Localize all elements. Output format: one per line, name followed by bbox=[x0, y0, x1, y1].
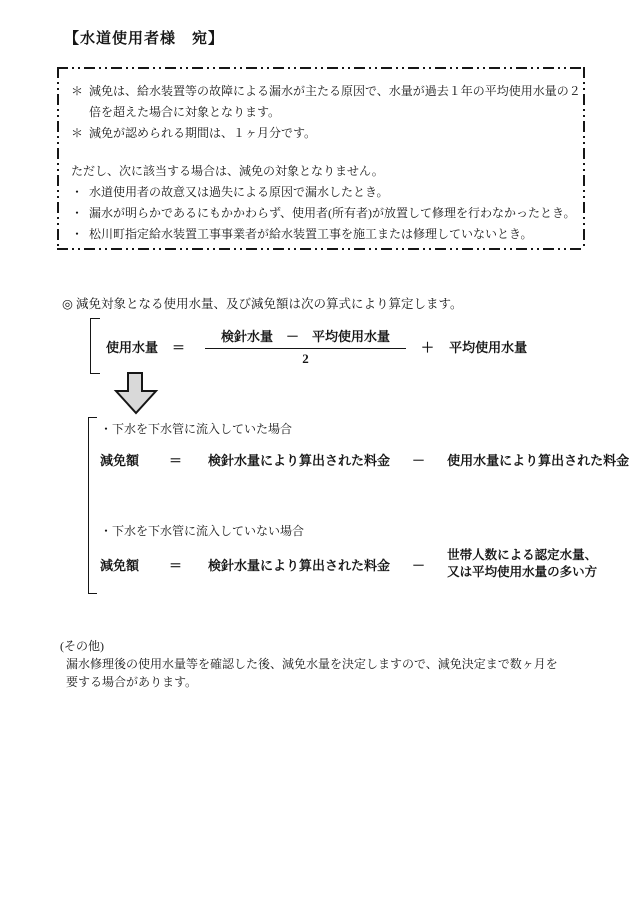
case-2-label: ・下水を下水管に流入していない場合 bbox=[100, 522, 304, 539]
calc-intro: ◎ 減免対象となる使用水量、及び減免額は次の算式により算定します。 bbox=[62, 294, 463, 312]
exception-item-text: 漏水が明らかであるにもかかわらず、使用者(所有者)が放置して修理を行わなかったと… bbox=[89, 203, 583, 224]
usage-formula-addend: 平均使用水量 bbox=[449, 337, 527, 356]
formula-left-bracket bbox=[90, 318, 100, 374]
cases-section: ・下水を下水管に流入していた場合 減免額 ＝ 検針水量により算出された料金 － … bbox=[88, 417, 593, 594]
notice-item-text: 減免が認められる期間は、１ヶ月分です。 bbox=[89, 123, 583, 144]
other-notes: (その他) 漏水修理後の使用水量等を確認した後、減免水量を決定しますので、減免決… bbox=[60, 637, 562, 691]
case-1-label: ・下水を下水管に流入していた場合 bbox=[100, 420, 292, 437]
notice-item: ＊ 減免が認められる期間は、１ヶ月分です。 bbox=[71, 123, 583, 144]
down-arrow-shape bbox=[116, 373, 156, 413]
case-2-term2: 世帯人数による認定水量、 又は平均使用水量の多い方 bbox=[447, 547, 597, 581]
case-2-lhs: 減免額 bbox=[100, 555, 139, 574]
fraction: 検針水量 － 平均使用水量 2 bbox=[205, 326, 406, 367]
equals-sign: ＝ bbox=[172, 337, 185, 356]
exception-item-marker: ・ bbox=[71, 224, 89, 245]
exception-item: ・ 松川町指定給水装置工事事業者が給水装置工事を施工または修理していないとき。 bbox=[71, 224, 583, 245]
other-notes-heading: (その他) bbox=[60, 637, 562, 655]
doc-title: 【水道使用者様 宛】 bbox=[64, 27, 224, 48]
case-1-term1: 検針水量により算出された料金 bbox=[208, 450, 390, 469]
notice-box: ＊ 減免は、給水装置等の故障による漏水が主たる原因で、水量が過去１年の平均使用水… bbox=[57, 67, 585, 250]
case-2-term1: 検針水量により算出された料金 bbox=[208, 555, 390, 574]
cases-left-bracket bbox=[88, 417, 97, 594]
case-2-formula: 減免額 ＝ 検針水量により算出された料金 － 世帯人数による認定水量、 又は平均… bbox=[100, 547, 597, 581]
case-2-term2-line1: 世帯人数による認定水量、 bbox=[447, 547, 597, 564]
case-2-term2-line2: 又は平均使用水量の多い方 bbox=[447, 564, 597, 581]
page: 【水道使用者様 宛】 ＊ 減免は、給水装置等の故障による漏水が主たる原因で、水量… bbox=[0, 0, 630, 903]
equals-sign: ＝ bbox=[169, 450, 182, 469]
notice-box-spacer bbox=[71, 144, 583, 161]
minus-sign: － bbox=[412, 555, 425, 574]
fraction-denominator: 2 bbox=[205, 349, 406, 367]
exception-item-text: 松川町指定給水装置工事事業者が給水装置工事を施工または修理していないとき。 bbox=[89, 224, 583, 245]
exception-item-text: 水道使用者の故意又は過失による原因で漏水したとき。 bbox=[89, 182, 583, 203]
notice-item-marker: ＊ bbox=[71, 81, 89, 123]
notice-exception-intro: ただし、次に該当する場合は、減免の対象となりません。 bbox=[71, 161, 583, 182]
plus-sign: ＋ bbox=[421, 337, 434, 356]
notice-item-text: 減免は、給水装置等の故障による漏水が主たる原因で、水量が過去１年の平均使用水量の… bbox=[89, 81, 583, 123]
exception-item-marker: ・ bbox=[71, 203, 89, 224]
usage-formula: 使用水量 ＝ 検針水量 － 平均使用水量 2 ＋ 平均使用水量 bbox=[90, 318, 527, 374]
case-1-formula: 減免額 ＝ 検針水量により算出された料金 － 使用水量により算出された料金 bbox=[100, 450, 629, 469]
down-arrow-icon bbox=[112, 372, 160, 416]
case-1-term2: 使用水量により算出された料金 bbox=[447, 450, 629, 469]
usage-formula-lhs: 使用水量 bbox=[106, 337, 158, 356]
case-1-lhs: 減免額 bbox=[100, 450, 139, 469]
exception-item-marker: ・ bbox=[71, 182, 89, 203]
notice-item-marker: ＊ bbox=[71, 123, 89, 144]
other-notes-body: 漏水修理後の使用水量等を確認した後、減免水量を決定しますので、減免決定まで数ヶ月… bbox=[66, 655, 562, 691]
exception-item: ・ 水道使用者の故意又は過失による原因で漏水したとき。 bbox=[71, 182, 583, 203]
notice-item: ＊ 減免は、給水装置等の故障による漏水が主たる原因で、水量が過去１年の平均使用水… bbox=[71, 81, 583, 123]
equals-sign: ＝ bbox=[169, 555, 182, 574]
fraction-numerator: 検針水量 － 平均使用水量 bbox=[205, 326, 406, 349]
minus-sign: － bbox=[412, 450, 425, 469]
exception-item: ・ 漏水が明らかであるにもかかわらず、使用者(所有者)が放置して修理を行わなかっ… bbox=[71, 203, 583, 224]
